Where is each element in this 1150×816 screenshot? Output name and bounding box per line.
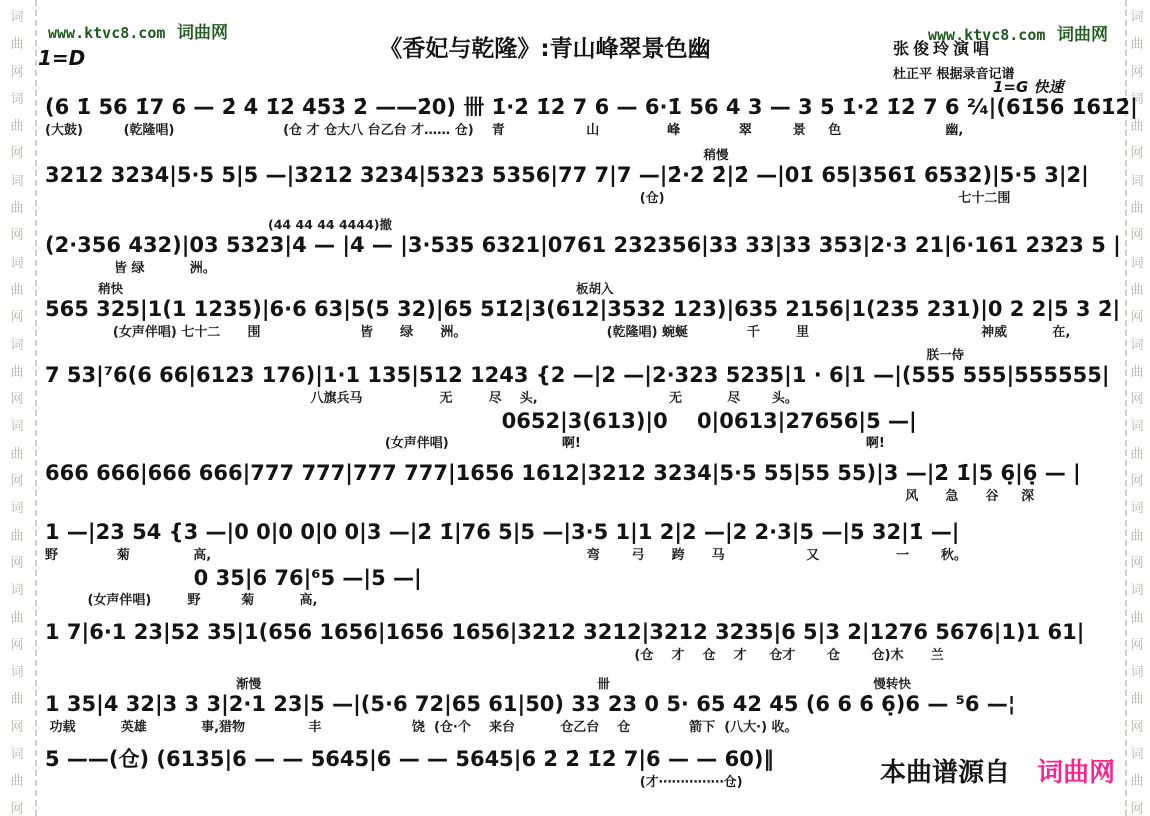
lyrics-fragment: (仓 才 仓 才 仓才 仓 仓)木 兰 <box>634 647 943 664</box>
right-border-line <box>1125 0 1127 816</box>
watermark-brand: 词曲网 <box>1057 25 1108 45</box>
lyrics-row: 野 菊 高, 弯 弓 跨 马 又 一 秋。 <box>45 547 967 564</box>
left-border-line <box>35 0 37 816</box>
source-label: 本曲谱源自 <box>880 758 1010 788</box>
lyrics-fragment: (仓) <box>640 190 665 207</box>
score-line-7: 1 —|23 54 {3 —|0 0|0 0|0 0|3 —|2̇ 1̇|76 … <box>45 517 1107 609</box>
lyrics-fragment: 风 急 谷 深 <box>905 488 1034 505</box>
key-signature: 1=D <box>38 46 85 70</box>
singer-credit: 张俊玲演唱 <box>893 36 1015 59</box>
notation-row-voice2: 0652|3(613)|0 0|0613|27656|5 —| <box>502 407 917 435</box>
score-line-9: 渐慢 卌 慢转快 1 35|4 32|3 3 3|2·1 23|5 —|(5·6… <box>45 674 1107 736</box>
left-border-watermark: 词 曲 网 词 曲 网 词 曲 网 词 曲 网 词 曲 网 词 曲 网 词 曲 … <box>7 4 27 816</box>
score-line-8: 1 7|6·1 23|52 35|1(656 1656|1656 1656|32… <box>45 617 1107 664</box>
score-body: (6 1̇ 56 1̇7 6 — 2̇ 4̇ 1̇2̇ 4̇5̇3̇ 2̇ ——… <box>45 92 1107 791</box>
lyrics-fragment: 七十二围 <box>958 190 1010 207</box>
song-title: 《香妃与乾隆》:青山峰翠景色幽 <box>379 30 710 63</box>
notation-row: 3212 3234|5·5 5|5 —|3212 3234|5323 5356|… <box>45 160 1107 190</box>
score-line-4: 稍快 板胡入 565 325|1(1 1235)|6·6 63|5(5 32)|… <box>45 279 1107 341</box>
score-line-5: 朕一侍 7 53|⁷6(6 66|6123 176)|1·1 135|512 1… <box>45 345 1107 452</box>
source-note: 本曲谱源自 词曲网 <box>880 752 1115 789</box>
notation-row-voice1: 7 53|⁷6(6 66|6123 176)|1·1 135|512 1243 … <box>45 360 1107 390</box>
notation-row: 1 7|6·1 23|52 35|1(656 1656|1656 1656|32… <box>45 617 1107 647</box>
notation-row: (6 1̇ 56 1̇7 6 — 2̇ 4̇ 1̇2̇ 4̇5̇3̇ 2̇ ——… <box>45 92 1107 122</box>
notation-row-voice1: 1 —|23 54 {3 —|0 0|0 0|0 0|3 —|2̇ 1̇|76 … <box>45 517 1107 547</box>
lyrics-fragment: (女声伴唱) 啊! 啊! <box>385 435 885 452</box>
watermark-brand: 词曲网 <box>177 23 228 43</box>
lyrics-fragment: 皆 绿 洲。 <box>114 260 216 277</box>
score-line-3: (4̇4̇ 44 44 4444)撤 (2·356 432)|03 5323|4… <box>45 215 1107 277</box>
score-line-6: 666 666|666 666|777 777|777 777|1656 161… <box>45 458 1107 505</box>
lyrics-fragment: (女声伴唱) 野 菊 高, <box>87 592 317 609</box>
sheet-page: 词 曲 网 词 曲 网 词 曲 网 词 曲 网 词 曲 网 词 曲 网 词 曲 … <box>0 0 1150 816</box>
right-border-watermark: 词 曲 网 词 曲 网 词 曲 网 词 曲 网 词 曲 网 词 曲 网 词 曲 … <box>1127 4 1147 816</box>
lyrics-row: (女声伴唱) 七十二 围 皆 绿 洲。 (乾隆唱) 蜿蜒 千 里 神威 在, <box>45 324 1070 341</box>
notation-row: 1 35|4 32|3 3 3|2·1 23|5 —|(5·6 72|65 61… <box>45 689 1107 719</box>
score-line-1: (6 1̇ 56 1̇7 6 — 2̇ 4̇ 1̇2̇ 4̇5̇3̇ 2̇ ——… <box>45 92 1107 139</box>
notation-row: (2·356 432)|03 5323|4 — |4 — |3·535 6321… <box>45 230 1107 260</box>
lyrics-row: 功载 英雄 事,猎物 丰 饶 (仓·个 来台 仓乙台 仓 箭下 (八大·) 收。 <box>45 719 798 736</box>
score-line-2: 稍慢 3212 3234|5·5 5|5 —|3212 3234|5323 53… <box>45 145 1107 207</box>
notation-row: 666 666|666 666|777 777|777 777|1656 161… <box>45 458 1107 488</box>
lyrics-fragment: (才⋯⋯⋯⋯⋯仓) <box>640 774 743 791</box>
lyrics-row: (大鼓) (乾隆唱) (仓 才 仓大八 台乙台 才…… 仓) 青 山 峰 翠 景… <box>45 122 963 139</box>
watermark-top-left: www.ktvc8.com 词曲网 <box>48 18 228 43</box>
notation-row: 565 325|1(1 1235)|6·6 63|5(5 32)|65 51̇2… <box>45 294 1107 324</box>
notation-row-voice2: 0 35|6 76|⁶5 —|5 —| <box>194 564 422 592</box>
watermark-url: www.ktvc8.com <box>48 24 165 42</box>
lyrics-fragment: 八旗兵马 无 尽 头, 无 尽 头。 <box>311 390 798 407</box>
source-brand: 词曲网 <box>1037 758 1115 788</box>
